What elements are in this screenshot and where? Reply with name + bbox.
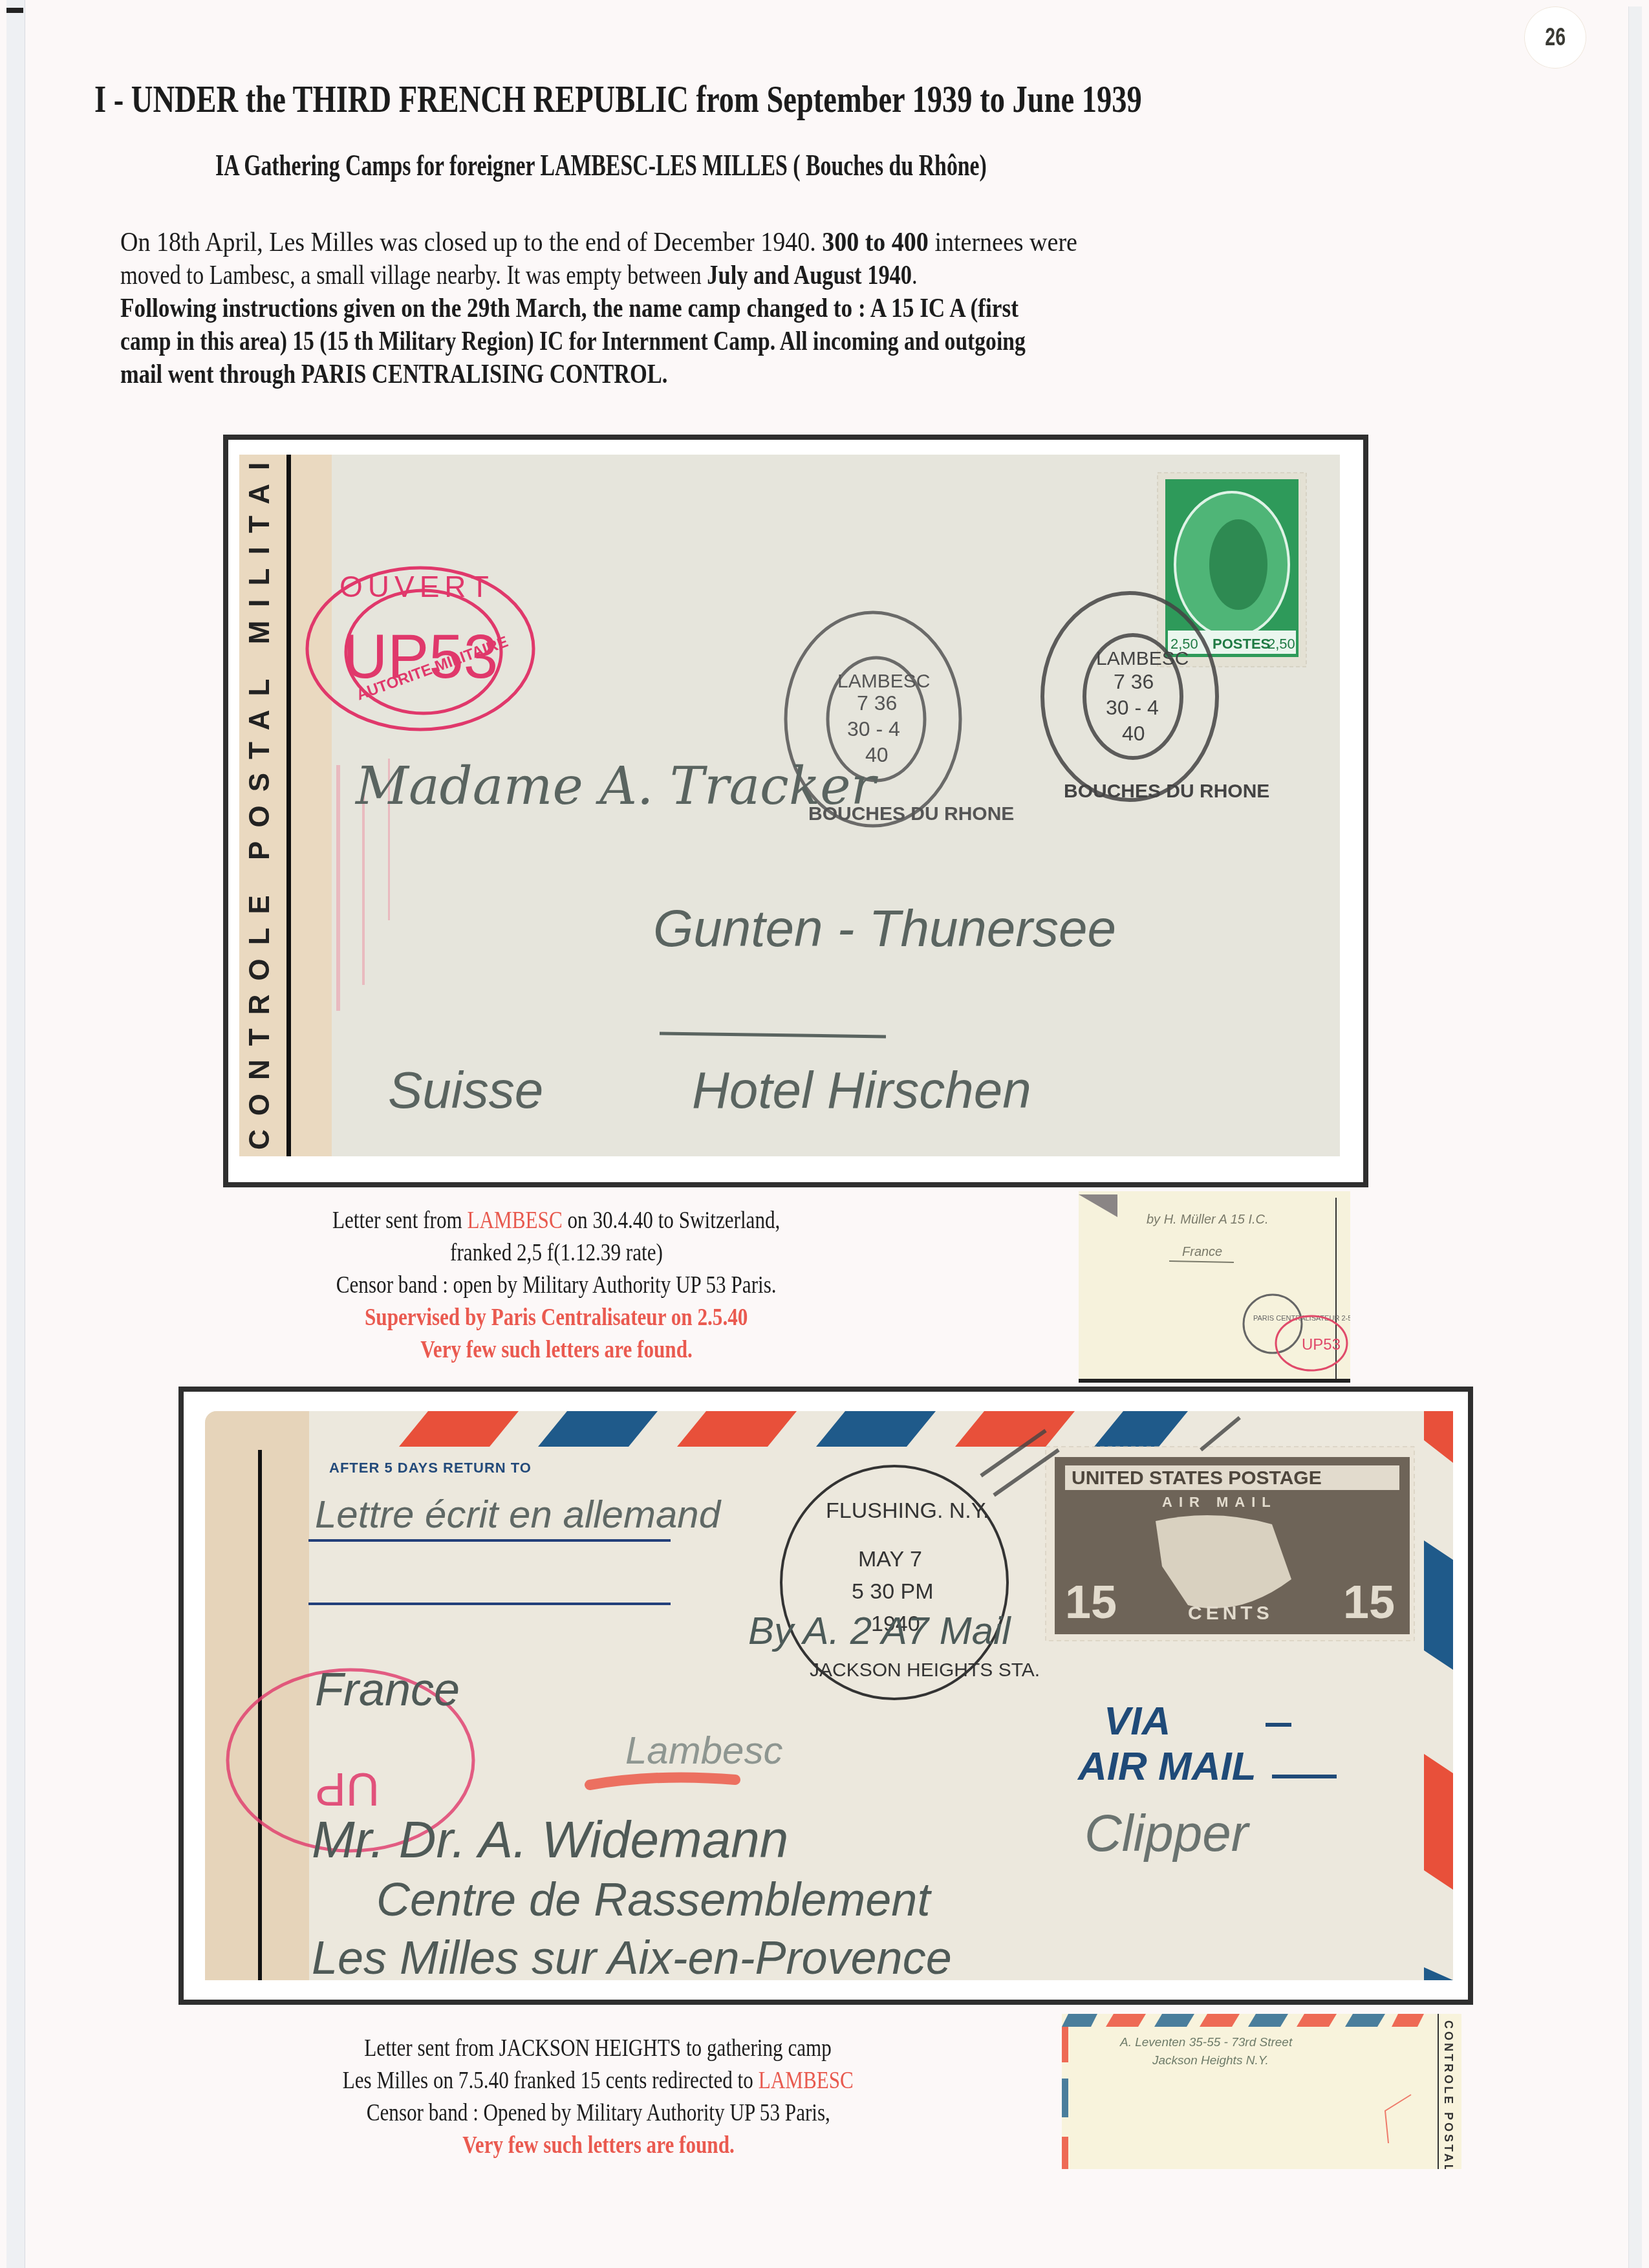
cover1-caption: Letter sent from LAMBESC on 30.4.40 to S… [246,1204,867,1366]
intro-line-2: moved to Lambesc, a small village nearby… [120,259,918,292]
redirect-note: Lambesc [625,1729,782,1772]
cover1-caption-line-2: franked 2,5 f(1.12.39 rate) [246,1237,867,1269]
page-number-badge: 26 [1524,6,1586,69]
svg-text:Jackson Heights N.Y.: Jackson Heights N.Y. [1152,2054,1269,2068]
svg-text:FLUSHING. N.Y.: FLUSHING. N.Y. [826,1498,989,1523]
censor-band-text: CONTROLE POSTAL MILITAIRE [244,455,275,1150]
svg-text:5 30 PM: 5 30 PM [852,1579,934,1604]
svg-text:JACKSON HEIGHTS STA.: JACKSON HEIGHTS STA. [810,1659,1040,1681]
censor-band [205,1411,309,1980]
intro-line-3: Following instructions given on the 29th… [120,292,1018,325]
address-line-3: Centre de Rassemblement [376,1874,932,1926]
cover2-caption-line-2: Les Milles on 7.5.40 franked 15 cents re… [226,2064,970,2097]
intro-line-5: mail went through PARIS CENTRALISING CON… [120,358,667,391]
svg-text:2,50: 2,50 [1267,636,1295,652]
cover2-caption-line-3: Censor band : Opened by Military Authori… [226,2097,970,2129]
page-left-edge [6,0,25,2268]
return-label: AFTER 5 DAYS RETURN TO [329,1460,532,1476]
svg-text:UNITED STATES POSTAGE: UNITED STATES POSTAGE [1072,1467,1322,1489]
return-address-hand: Lettre écrit en allemand [315,1493,722,1536]
cover2-artwork: UP AFTER 5 DAYS RETURN TO Lettre écrit e… [205,1411,1453,1980]
cover1-caption-line-1: Letter sent from LAMBESC on 30.4.40 to S… [246,1204,867,1237]
address-line-2: Gunten - Thunersee [653,900,1116,957]
cover1-caption-line-3: Censor band : open by Military Authority… [246,1269,867,1301]
svg-text:15: 15 [1065,1577,1117,1628]
svg-text:UP: UP [315,1763,380,1815]
binder-mark [6,8,23,13]
page-right-edge [1628,6,1642,2268]
svg-text:30 - 4: 30 - 4 [847,717,900,740]
stamp-us-airmail-15c: UNITED STATES POSTAGE AIR MAIL 15 15 CEN… [1046,1447,1414,1641]
svg-text:MAY 7: MAY 7 [858,1547,922,1571]
svg-text:CENTS: CENTS [1188,1603,1273,1624]
svg-text:A. Leventen 35-55 - 73rd Stree: A. Leventen 35-55 - 73rd Street [1119,2036,1293,2049]
svg-text:7 36: 7 36 [857,691,897,715]
svg-text:40: 40 [1122,722,1145,745]
cover2-envelope: UP AFTER 5 DAYS RETURN TO Lettre écrit e… [205,1411,1453,1980]
via-label: VIA [1104,1699,1170,1744]
stamp-ceres-250: 2,50 POSTES 2,50 [1158,473,1306,667]
cover1-reverse-thumbnail: by H. Müller A 15 I.C. France PARIS CENT… [1079,1191,1350,1383]
svg-text:LAMBESC: LAMBESC [1096,648,1189,669]
svg-text:BOUCHES DU RHONE: BOUCHES DU RHONE [1064,781,1269,802]
cover1-caption-line-4: Supervised by Paris Centralisateur on 2.… [246,1301,867,1334]
page-title: I - UNDER the THIRD FRENCH REPUBLIC from… [94,76,1448,122]
intro-line-4: camp in this area) 15 (15 th Military Re… [120,325,1026,358]
address-line-2: Mr. Dr. A. Widemann [312,1811,788,1868]
svg-text:7 36: 7 36 [1114,670,1154,693]
svg-text:UP53: UP53 [1302,1336,1341,1354]
address-line-3: Hotel Hirschen [692,1061,1031,1119]
address-line-4: Suisse [388,1061,543,1119]
svg-text:30 - 4: 30 - 4 [1106,696,1159,719]
svg-text:LAMBESC: LAMBESC [837,671,930,692]
airmail-border-right [1424,1411,1453,1980]
cover2-caption: Letter sent from JACKSON HEIGHTS to gath… [226,2032,970,2161]
svg-text:PARIS CENTRALISATEUR 2-5 40: PARIS CENTRALISATEUR 2-5 40 [1253,1315,1350,1323]
clipper-note: Clipper [1084,1804,1251,1862]
address-line-1: Madame A. Tracker [354,756,879,816]
air-mail-label: AIR MAIL [1077,1744,1256,1789]
svg-text:15: 15 [1343,1577,1395,1628]
page-number: 26 [1545,24,1566,52]
svg-text:OUVERT: OUVERT [339,570,494,603]
address-line-1: France [315,1664,460,1716]
svg-text:France: France [1182,1245,1222,1259]
svg-text:CONTROLE POSTAL MILIT: CONTROLE POSTAL MILIT [1442,2020,1455,2169]
cover2-caption-line-1: Letter sent from JACKSON HEIGHTS to gath… [226,2032,970,2064]
cover1-envelope: CONTROLE POSTAL MILITAIRE OUVERT UP53 AU… [239,455,1340,1156]
cover1-caption-line-5: Very few such letters are found. [246,1334,867,1366]
section-subtitle: IA Gathering Camps for foreigner LAMBESC… [215,147,1499,184]
intro-line-1: On 18th April, Les Milles was closed up … [120,226,1077,259]
svg-text:by H. Müller A 15 I.C.: by H. Müller A 15 I.C. [1147,1213,1269,1227]
handwritten-note: By A. 2 A7 Mail [748,1609,1011,1652]
svg-text:POSTES: POSTES [1212,636,1270,652]
cover2-reverse-thumbnail: A. Leventen 35-55 - 73rd Street Jackson … [1062,2014,1461,2169]
cover1-artwork: CONTROLE POSTAL MILITAIRE OUVERT UP53 AU… [239,455,1340,1156]
airmail-border-top [399,1411,1188,1447]
cover2-caption-line-4: Very few such letters are found. [226,2129,970,2161]
address-line-4: Les Milles sur Aix-en-Provence [312,1932,952,1980]
svg-text:AIR MAIL: AIR MAIL [1162,1494,1277,1510]
